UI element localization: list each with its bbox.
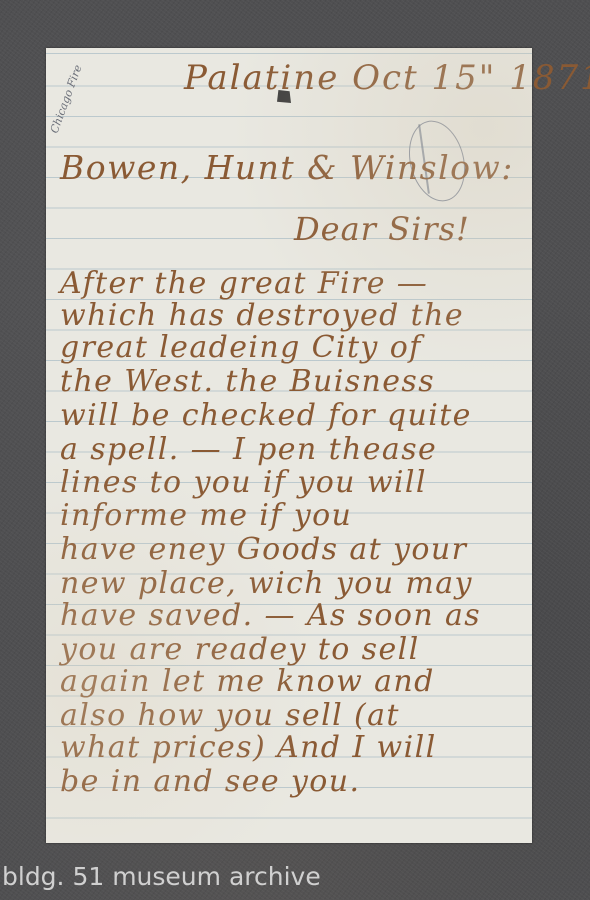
body-line: new place, wich you may	[60, 566, 473, 601]
salutation: Dear Sirs!	[294, 210, 470, 248]
body-line: again let me know and	[60, 664, 435, 699]
body-line: have saved. — As soon as	[60, 598, 481, 633]
body-line: the West. the Buisness	[60, 364, 435, 399]
addressee: Bowen, Hunt & Winslow:	[60, 148, 514, 187]
body-line: lines to you if you will	[60, 465, 427, 500]
body-line: a spell. — I pen thease	[60, 432, 437, 467]
body-line: will be checked for quite	[60, 398, 472, 433]
body-line: which has destroyed the	[60, 298, 464, 333]
body-line: you are readey to sell	[60, 632, 420, 667]
letter-paper: Chicago Fire Palatine Oct 15" 1871. Bowe…	[46, 48, 532, 843]
body-line: be in and see you.	[60, 764, 360, 799]
body-line: After the great Fire —	[60, 266, 428, 301]
body-line: great leadeing City of	[60, 330, 422, 365]
body-line: what prices) And I will	[60, 730, 437, 765]
body-line: informe me if you	[60, 498, 352, 533]
pencil-annotation: Chicago Fire	[48, 63, 85, 135]
paper-tear-hole	[277, 90, 291, 103]
body-line: have eney Goods at your	[60, 532, 467, 567]
body-line: also how you sell (at	[60, 698, 400, 733]
archive-watermark: bldg. 51 museum archive	[2, 862, 321, 891]
date-line: Palatine Oct 15" 1871.	[184, 58, 590, 98]
